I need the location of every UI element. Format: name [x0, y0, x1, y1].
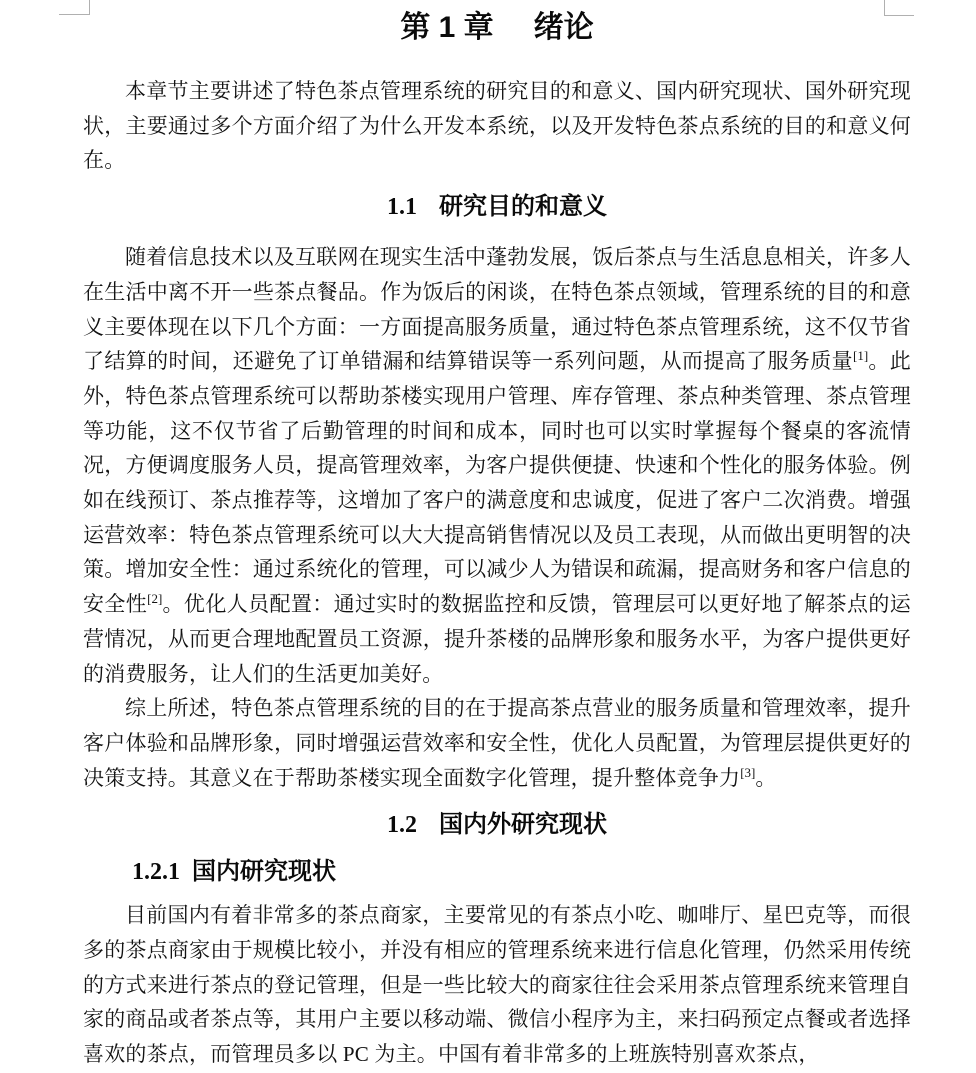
citation-reference: [1]	[853, 348, 868, 363]
section-title: 国内外研究现状	[439, 811, 607, 838]
chapter-heading: 第 1 章绪论	[83, 8, 911, 48]
paragraph-domestic-research: 目前国内有着非常多的茶点商家，主要常见的有茶点小吃、咖啡厅、星巴克等，而很多的茶…	[83, 898, 911, 1072]
document-page: { "page": { "background_color": "#ffffff…	[0, 0, 976, 1073]
section-title: 研究目的和意义	[439, 193, 607, 220]
paragraph-purpose-and-significance: 随着信息技术以及互联网在现实生活中蓬勃发展，饭后茶点与生活息息相关，许多人在生活…	[83, 240, 911, 691]
subsection-heading-1-2-1: 1.2.1国内研究现状	[83, 859, 911, 885]
subsection-title: 国内研究现状	[192, 858, 336, 885]
chapter-number: 第 1 章	[400, 11, 493, 44]
section-number: 1.2	[387, 812, 417, 838]
section-heading-1-1: 1.1研究目的和意义	[83, 192, 911, 222]
chapter-name: 绪论	[534, 11, 594, 44]
paragraph-summary: 综上所述，特色茶点管理系统的目的在于提高茶点营业的服务质量和管理效率，提升客户体…	[83, 691, 911, 795]
citation-reference: [3]	[740, 765, 755, 780]
citation-reference: [2]	[147, 591, 162, 606]
paragraph-chapter-intro: 本章节主要讲述了特色茶点管理系统的研究目的和意义、国内研究现状、国外研究现状，主…	[83, 74, 911, 178]
document-content: 第 1 章绪论 本章节主要讲述了特色茶点管理系统的研究目的和意义、国内研究现状、…	[83, 0, 911, 1072]
subsection-number: 1.2.1	[132, 859, 180, 885]
section-number: 1.1	[387, 194, 417, 220]
section-heading-1-2: 1.2国内外研究现状	[83, 810, 911, 840]
